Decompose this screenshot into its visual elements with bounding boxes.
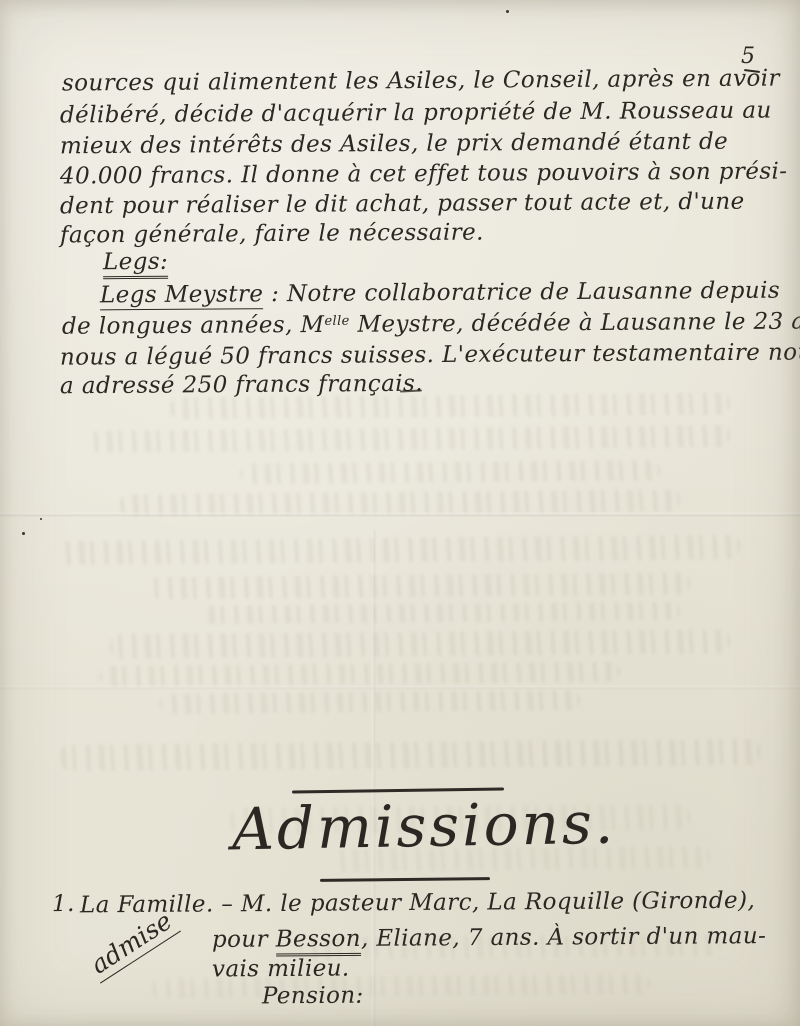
manuscript-line: Legs Meystre : Notre collaboratrice de L… bbox=[100, 280, 780, 308]
section-title: Admissions. bbox=[231, 792, 616, 862]
bleed-through-band bbox=[60, 535, 740, 565]
manuscript-line: mieux des intérêts des Asiles, le prix d… bbox=[60, 131, 728, 159]
manuscript-line: pour Besson, Eliane, 7 ans. À sortir d'u… bbox=[212, 925, 766, 952]
manuscript-line: 40.000 francs. Il donne à cet effet tous… bbox=[60, 160, 788, 188]
bleed-through-band bbox=[160, 690, 580, 714]
manuscript-line: nous a légué 50 francs suisses. L'exécut… bbox=[60, 341, 800, 369]
document-page: 5 sources qui alimentent les Asiles, le … bbox=[0, 0, 800, 1026]
manuscript-line: sources qui alimentent les Asiles, le Co… bbox=[62, 67, 780, 95]
manuscript-line: dent pour réaliser le dit achat, passer … bbox=[60, 191, 745, 219]
section-title-underline bbox=[320, 877, 490, 882]
manuscript-text: pour bbox=[212, 926, 276, 952]
bleed-through-band bbox=[200, 602, 680, 624]
besson-name: Besson bbox=[276, 926, 361, 957]
manuscript-line: de longues années, Melle Meystre, décédé… bbox=[62, 310, 800, 339]
manuscript-text: : Notre collaboratrice de Lausanne depui… bbox=[263, 278, 780, 308]
superscript-elle: elle bbox=[324, 314, 349, 329]
legs-meystre-label: Legs Meystre bbox=[100, 281, 264, 310]
bleed-through-band bbox=[150, 573, 690, 600]
manuscript-text: , Eliane, 7 ans. À sortir d'un mau- bbox=[361, 923, 767, 952]
bleed-through-band bbox=[90, 425, 730, 453]
manuscript-line: La Famille. – M. le pasteur Marc, La Roq… bbox=[80, 890, 755, 918]
fold-crease-horizontal bbox=[0, 686, 800, 689]
entry-number: 1. bbox=[52, 893, 75, 916]
manuscript-line: délibéré, décide d'acquérir la propriété… bbox=[60, 100, 772, 128]
ink-speck bbox=[22, 532, 25, 535]
bleed-through-band bbox=[240, 460, 660, 484]
bleed-through-band bbox=[60, 739, 760, 771]
legs-heading-label: Legs: bbox=[103, 249, 168, 279]
legs-heading: Legs: bbox=[103, 251, 168, 274]
bleed-through-band bbox=[100, 662, 620, 687]
manuscript-text: Meystre, décédée à Lausanne le 23 avril, bbox=[350, 308, 800, 338]
manuscript-text: de longues années, M bbox=[62, 312, 325, 340]
manuscript-line: vais milieu. bbox=[212, 958, 350, 982]
fold-crease-horizontal bbox=[0, 513, 800, 516]
manuscript-line: a adressé 250 francs français. bbox=[60, 373, 423, 399]
ink-speck bbox=[506, 10, 509, 13]
manuscript-line: Pension: bbox=[262, 985, 364, 1009]
bleed-through-band bbox=[110, 629, 730, 658]
manuscript-line: façon générale, faire le nécessaire. bbox=[60, 222, 484, 248]
ink-speck bbox=[40, 518, 42, 520]
bleed-through-band bbox=[120, 490, 680, 517]
